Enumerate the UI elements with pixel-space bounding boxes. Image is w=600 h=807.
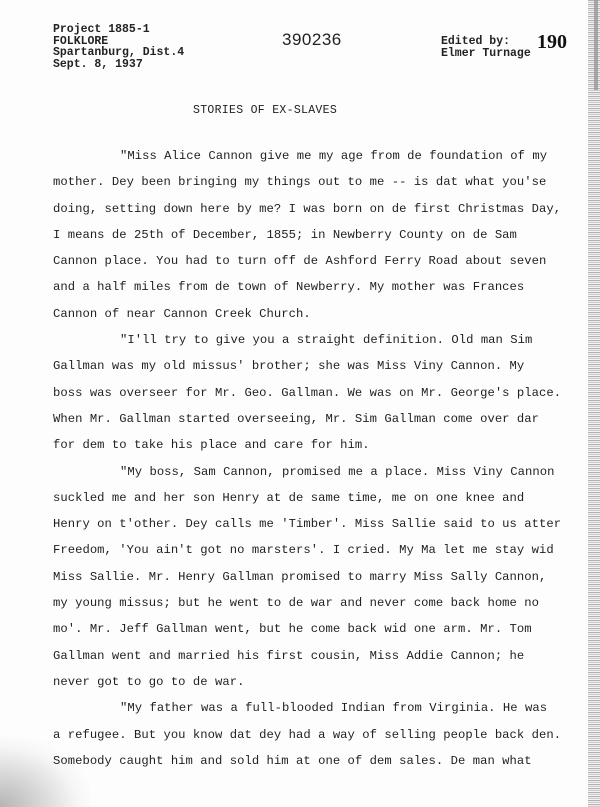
text-line: Cannon place. You had to turn off de Ash… bbox=[53, 248, 573, 274]
text-line: mother. Dey been bringing my things out … bbox=[53, 169, 573, 195]
paragraph: "I'll try to give you a straight definit… bbox=[53, 327, 573, 458]
text-line: Henry on t'other. Dey calls me 'Timber'.… bbox=[53, 511, 573, 537]
text-line: my young missus; but he went to de war a… bbox=[53, 590, 573, 616]
text-line: "My boss, Sam Cannon, promised me a plac… bbox=[53, 459, 573, 485]
text-line: and a half miles from de town of Newberr… bbox=[53, 274, 573, 300]
paragraph: "My father was a full-blooded Indian fro… bbox=[53, 695, 573, 774]
project-number: Project 1885-1 bbox=[53, 24, 184, 36]
text-line: a refugee. But you know dat dey had a wa… bbox=[53, 722, 573, 748]
text-line: mo'. Mr. Jeff Gallman went, but he come … bbox=[53, 616, 573, 642]
editor-name: Elmer Turnage bbox=[441, 48, 531, 60]
document-page: Project 1885-1 FOLKLORE Spartanburg, Dis… bbox=[0, 0, 600, 807]
project-date: Sept. 8, 1937 bbox=[53, 59, 184, 71]
text-line: Miss Sallie. Mr. Henry Gallman promised … bbox=[53, 564, 573, 590]
text-line: for dem to take his place and care for h… bbox=[53, 432, 573, 458]
text-line: Somebody caught him and sold him at one … bbox=[53, 748, 573, 774]
text-line: Freedom, 'You ain't got no marsters'. I … bbox=[53, 537, 573, 563]
text-line: I means de 25th of December, 1855; in Ne… bbox=[53, 222, 573, 248]
body-text: "Miss Alice Cannon give me my age from d… bbox=[53, 143, 573, 774]
text-line: Cannon of near Cannon Creek Church. bbox=[53, 301, 573, 327]
text-line: Gallman was my old missus' brother; she … bbox=[53, 353, 573, 379]
project-location: Spartanburg, Dist.4 bbox=[53, 47, 184, 59]
document-title: STORIES OF EX-SLAVES bbox=[193, 104, 337, 117]
page-number: 190 bbox=[537, 31, 567, 54]
text-line: "I'll try to give you a straight definit… bbox=[53, 327, 573, 353]
text-line: "My father was a full-blooded Indian fro… bbox=[53, 695, 573, 721]
text-line: boss was overseer for Mr. Geo. Gallman. … bbox=[53, 380, 573, 406]
editor-block: Edited by: Elmer Turnage bbox=[441, 36, 531, 60]
paragraph: "My boss, Sam Cannon, promised me a plac… bbox=[53, 459, 573, 696]
text-line: When Mr. Gallman started overseeing, Mr.… bbox=[53, 406, 573, 432]
text-line: never got to go to de war. bbox=[53, 669, 573, 695]
project-info-block: Project 1885-1 FOLKLORE Spartanburg, Dis… bbox=[53, 24, 184, 70]
text-line: suckled me and her son Henry at de same … bbox=[53, 485, 573, 511]
text-line: Gallman went and married his first cousi… bbox=[53, 643, 573, 669]
text-line: doing, setting down here by me? I was bo… bbox=[53, 196, 573, 222]
document-id: 390236 bbox=[282, 30, 342, 50]
scan-edge-shadow bbox=[588, 0, 600, 807]
paragraph: "Miss Alice Cannon give me my age from d… bbox=[53, 143, 573, 327]
text-line: "Miss Alice Cannon give me my age from d… bbox=[53, 143, 573, 169]
